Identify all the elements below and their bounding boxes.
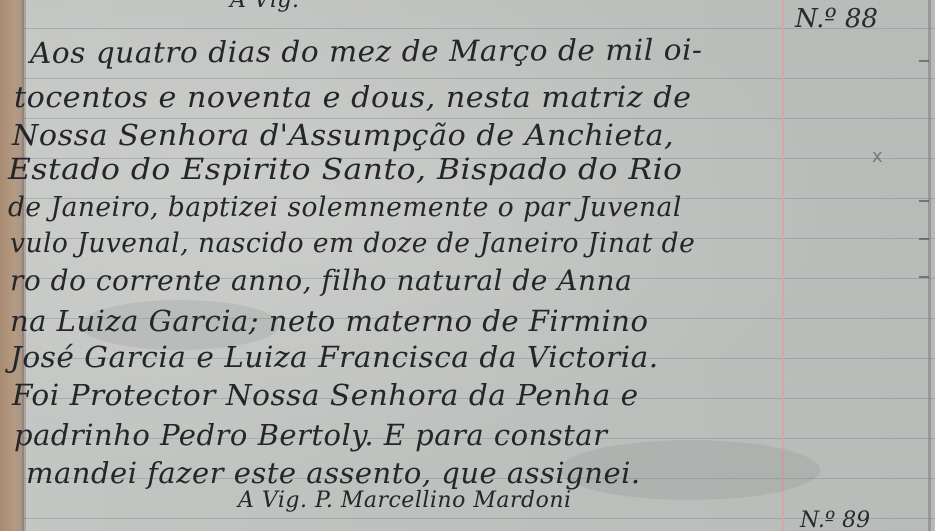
ruled-line	[24, 78, 935, 79]
text-line-2: tocentos e noventa e dous, nesta matriz …	[14, 80, 691, 114]
margin-x-mark: x	[872, 146, 883, 167]
edge-mark	[919, 238, 929, 240]
entry-number: N.º 88	[795, 4, 878, 34]
text-line-10: Foi Protector Nossa Senhora da Penha e	[12, 378, 639, 412]
text-line-12: mandei fazer este assento, que assignei.	[26, 456, 641, 490]
text-line-7: ro do corrente anno, filho natural de An…	[10, 264, 632, 297]
edge-mark	[919, 276, 929, 278]
text-line-9: José Garcia e Luiza Francisca da Victori…	[10, 340, 659, 374]
text-line-4: Estado do Espirito Santo, Bispado do Rio	[8, 152, 683, 186]
text-line-5: de Janeiro, baptizei solemnemente o par …	[8, 192, 682, 223]
edge-mark	[919, 200, 929, 202]
page-edge	[928, 0, 931, 531]
text-line-8: na Luiza Garcia; neto materno de Firmino	[10, 304, 648, 338]
text-line-6: vulo Juvenal, nascido em doze de Janeiro…	[10, 228, 695, 259]
text-line-11: padrinho Pedro Bertoly. E para constar	[14, 418, 607, 452]
text-line-1: Aos quatro dias do mez de Março de mil o…	[30, 33, 703, 70]
previous-signature-fragment: A Vig.	[230, 0, 300, 13]
register-page: A Vig. N.º 88 x Aos quatro dias do mez d…	[0, 0, 935, 531]
signature-line: A Vig. P. Marcellino Mardoni	[238, 488, 572, 513]
text-line-3: Nossa Senhora d'Assumpção de Anchieta,	[12, 118, 674, 152]
ruled-line	[24, 518, 935, 519]
edge-mark	[919, 60, 929, 62]
next-entry-number: N.º 89	[800, 508, 870, 531]
